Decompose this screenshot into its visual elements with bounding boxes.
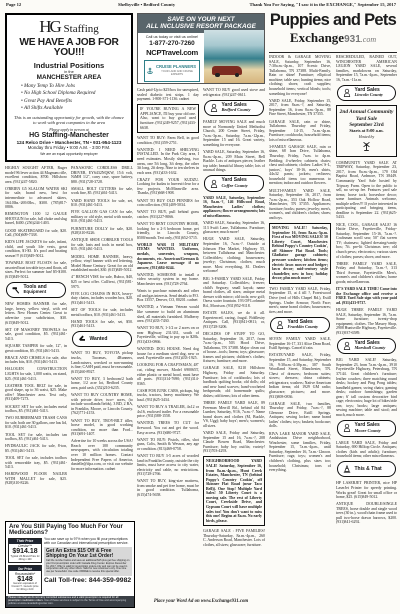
yard-sales-franklin-badge: Yard SalesFranklin County	[270, 317, 330, 333]
classified-ad: SMALL BOLT CUTTERS for sale, work fine, …	[71, 187, 133, 196]
section-masthead: Puppies and Pets Exchange931.com	[269, 12, 397, 53]
classified-ad: THREE FAMILY YARD SALE, Friday and Satur…	[336, 262, 397, 285]
classified-ad: Cash paid-Up to $25/box for unexpired, s…	[137, 88, 199, 102]
coupon-headline: Get An Extra $15 Off & Free Shipping On …	[46, 549, 130, 560]
classified-ad: GARAGE SALE, two families, Thursday and …	[269, 402, 331, 429]
their-price-box: Their Price Crestor™ $914.18 Typical US …	[8, 538, 42, 564]
exchange-brand-number: 931	[344, 34, 361, 45]
slogan-label: Thank You For Saying, "I saw it in the E…	[249, 2, 396, 7]
classified-ad: YARD SALE, Saturday, September 16, 8a.m.…	[203, 196, 265, 219]
classified-ad: SEVEN FAMILY YARD SALE, September 16-17,…	[269, 337, 331, 351]
classified-ad: 3-FAMILY GARAGE SALE, rain or shine, 68 …	[269, 145, 331, 186]
meds-headline: Are You Still Paying Too Much For Your M…	[6, 522, 134, 538]
classified-column-1: HIGHLY SOUGHT AFTER, Ruger model 96 leve…	[5, 166, 67, 517]
classified-ad: BIG YARD SALE! Saturday, September 23, f…	[336, 358, 397, 417]
classified-ad: GARAGE SALE, rain or shine, Tullahoma. T…	[269, 120, 331, 143]
classified-ad: WANTED: DOG HOUSE. Need dog house for a …	[137, 347, 199, 361]
badge-title: Wanted	[90, 337, 108, 343]
classified-ad: ESTATE/YARD SALE, Friday, September 15, …	[269, 353, 331, 399]
exchange-brand-tld: .com	[361, 35, 376, 44]
classified-ad: SQUARE TAMPER for sale, 12", in great co…	[5, 344, 67, 353]
our-price-box: Our Price Rosuvastatin* $148 Generic equ…	[8, 565, 42, 593]
community-yard-sale-ad: 2nd Annual Community Yard SaleSeptember …	[336, 105, 397, 156]
classified-ad: COMMUNITY YARD SALE AT TRIPWAY, Saturday…	[336, 161, 397, 220]
classified-ad: LOOKING FOR A CRAFTSMAN, 48" cut, riding…	[137, 363, 199, 386]
classified-ad: HIGHLY SOUGHT AFTER, Ruger model 96 leve…	[5, 166, 67, 184]
anchor-icon	[146, 62, 154, 80]
classified-ad: MODEL HOME BANNER, heavy, yellow, vinyl …	[71, 255, 133, 273]
hg-bullet: • No High School Diploma Required	[21, 90, 126, 97]
classified-ad: FURNITURE DOLLY for sale, $20. (928)310-…	[71, 227, 133, 236]
classified-ad: TWO RUBBERMAID TRASH CANS for sale, both…	[5, 416, 67, 430]
yard-sale-icon	[209, 179, 219, 189]
classified-ad: SOCKET SET for sale, includes metal tool…	[5, 405, 67, 414]
classified-ad: WANTED, TREES TO CUT for firewood. You c…	[137, 421, 199, 435]
classified-ad: WANT TO BUY, 3 bedroom/2 bath home, 1/2 …	[71, 377, 133, 391]
classified-column-6: RESCHEDULED, RAINED OUT, WINCHESTER AMER…	[336, 55, 397, 611]
classified-ad: WANT TO BUY: Farm Bell, in good conditio…	[137, 136, 199, 145]
classified-ad: FAMILY MOVING SALE and much more at Norm…	[203, 120, 265, 147]
hg-company-name: HG Staffing-Manchester	[12, 132, 126, 139]
classified-ad: WANTED, SOMEONE to install a video secur…	[137, 273, 199, 287]
classified-ad: KID'S LIFE JACKETS for sale, infant, chi…	[5, 240, 67, 258]
badge-subtitle: Bedford County	[222, 108, 251, 113]
wanted-badge: Wanted	[72, 331, 132, 347]
classified-ad: Wants to purchase minerals and other oil…	[137, 289, 199, 303]
hg-bullet: • Great Pay And Benefits	[21, 98, 126, 105]
hg-area-line: MANCHESTER AREA	[12, 74, 126, 81]
classified-ad: WANT TO BUY 3-5 acres of wooded land in …	[137, 454, 199, 477]
classified-ad: NICE, COOL, GARAGE SALE! 16 Hattie Drive…	[336, 223, 397, 260]
classified-ad: HALOGEN CONSTRUCTION LIGHTS for sale, 1,…	[5, 367, 67, 381]
yard-sale-icon	[275, 320, 285, 330]
yard-sale-icon	[342, 88, 352, 98]
classified-ad: HP LASERJET PRINTER, nice HP LaserJet Pr…	[336, 481, 397, 499]
classified-ad: WANT TO RENT COUNTRY HOME, looking for a…	[137, 222, 199, 240]
yard-sale-icon	[342, 423, 352, 433]
travel-headline-line1: SAVE ON YOUR NEXT	[138, 16, 264, 23]
classified-ad: RESCHEDULED, RAINED OUT, WINCHESTER AMER…	[336, 55, 397, 82]
classified-ad: WANT TO BUY good used stove and refriger…	[203, 88, 265, 97]
badge-title: This & That	[355, 467, 382, 473]
badge-subtitle: Marshall County	[355, 346, 386, 351]
classified-ad: SET OF TOOLS for sale, includes metal to…	[71, 308, 133, 317]
classified-ad: WANT TO BUY, TOYOTA pickup trucks, Tacom…	[71, 351, 133, 374]
yard-sales-bedford-badge: Yard SalesBedford County	[204, 100, 264, 116]
their-price-sub: Typical US Brand Price for 40mg x 100	[9, 555, 41, 562]
region-label: Shelbyville • Bedford County	[118, 2, 175, 7]
cruise-planners-logo: CRUISE PLANNERS YOUR LAND AND CRUISE EXP…	[144, 60, 200, 82]
classified-ad: YARD HAND TOOLS for sale, set, $10. (931…	[71, 199, 133, 208]
this-and-that-badge: This & That	[337, 461, 396, 477]
classified-column-4: WANT TO BUY good used stove and refriger…	[203, 88, 265, 607]
our-price-sub: Generic equivalent of Crestor™. Generic …	[9, 583, 41, 593]
classified-ad: HARDWOOD FLOOR NAILER WITH MALLET for sa…	[5, 472, 67, 486]
meds-intro: You can save up to 97% when you fill you…	[44, 538, 132, 546]
classified-column-2: PANASONIC CORDLESS DRILL DRIVER, EY6432N…	[71, 166, 133, 517]
classified-column-3: Cash paid-Up to $25/box for unexpired, s…	[137, 88, 199, 595]
hg-bullet-list: • Many Temp To Hire Jobs • No High Schoo…	[21, 83, 126, 112]
classified-ad: BRACE AND CHISELS for sale, also include…	[5, 356, 67, 365]
classified-ad: WORLD WAR II MILITARY ITEMS WANTED. Unif…	[137, 243, 199, 270]
classified-ad: WANT TO BUY, king-size mattress, from sm…	[137, 479, 199, 497]
meds-disclaimer: Please note that we do not carry control…	[6, 596, 134, 607]
classified-ad: BIG 3-FAMILY YARD SALE, Friday and Satur…	[203, 277, 265, 309]
classified-ad: FIVE GALLON GAS CAN for sale, military o…	[71, 210, 133, 224]
classified-ad: TWO FAMILY YARD SALE, Friday, September …	[269, 287, 331, 314]
classified-ad: DECADES OF STUFF TO GO, Saturday, Septem…	[203, 332, 265, 364]
classified-ad: WANTED, a Vietnam Veteran would like som…	[137, 305, 199, 323]
page-number-label: Page 12	[6, 2, 21, 7]
classified-ad: WANTED: I NEED SHELVING INSTALLED. In th…	[137, 148, 199, 175]
meds-call-line: Call Toll-free: 844-359-9982	[44, 577, 132, 584]
classified-ad: RIVA LAKE MANOR YARD SALE, Andalusian Dr…	[269, 432, 331, 473]
yard-sales-lincoln-badge: Yard SalesLincoln County	[337, 85, 396, 101]
classified-ad: CRAZY FOR YOUR KUDZU. Looking for kudzu …	[137, 178, 199, 196]
newspaper-page: Page 12 Shelbyville • Bedford County Tha…	[0, 0, 400, 614]
classified-ad: HUGE THREE FAMILY YARD SALE, Saturday, S…	[336, 308, 397, 335]
hg-staffing-ad: HG Staffing WE HAVE A JOB FOR YOU!!! Ind…	[5, 13, 133, 162]
beach-photo	[204, 30, 264, 84]
meds-coupon: Get An Extra $15 Off & Free Shipping On …	[44, 547, 132, 575]
badge-subtitle: Equipment	[24, 290, 47, 295]
hand-icon	[77, 334, 87, 344]
coupon-fine-print: Call the number below and save an additi…	[46, 560, 130, 574]
word-ad-footer: Place your Word Ad on www.Exchange931.co…	[137, 599, 265, 604]
classified-ad: Advertise for 10 weeks across the USA! R…	[71, 439, 133, 471]
yard-sale-icon	[342, 341, 352, 351]
classified-ad: CASH FOR JUNK CARS, pickups, big trucks,…	[137, 389, 199, 403]
classified-ad: NEIGHBORHOOD YARD SALE! Saturday, Septem…	[203, 456, 265, 526]
classified-ad: NEW HOMES BANNER for sale, large, heavy,…	[5, 302, 67, 325]
community-sale-time: Starts at 8:00 a.m.	[339, 128, 394, 133]
classified-ad: TOOL SET for sale, includes tan toolbox,…	[5, 433, 67, 442]
hg-bullet: • All Shifts Available	[21, 105, 126, 112]
community-sale-title: 2nd Annual Community Yard Sale	[339, 109, 394, 121]
classified-ad: YARD SALE, Friday, September 15, 2017, f…	[269, 99, 331, 117]
classified-ad: YARD SALE, Saturday, September 16, 8a.m.…	[203, 150, 265, 173]
classified-ad: THREE FAMILY YARD SALE, 89 Freeman Merri…	[203, 401, 265, 428]
their-price-label: Their Price	[9, 539, 41, 544]
cruise-planners-tagline: YOUR LAND AND CRUISE EXPERTS	[156, 70, 198, 76]
hg-headline: WE HAVE A JOB FOR YOU!!!	[12, 38, 126, 59]
classified-ad: WANT TO BUY, pull behind grass catcher. …	[137, 210, 199, 219]
classified-ad: ANTIQUE SHOE COBBLER TOOLS for sale, las…	[71, 238, 133, 252]
yard-sales-marshall-badge: Yard SalesMarshall County	[337, 338, 396, 354]
classified-ad: IT'S YARD SALE TIME! Come into the Excha…	[336, 287, 397, 305]
classified-ad: MULTI-FAMILY YARD SALE, Saturday, Septem…	[269, 189, 331, 221]
classified-ad: WANT TO BUY, 1-1/2 or 2 acres on or near…	[137, 326, 199, 344]
classified-ad: WANT TO BUY COUNTRY HOME, with private d…	[71, 393, 133, 416]
hg-address: 124 Relco Drive • Manchester, TN • 931-9…	[12, 140, 126, 145]
section-title: Puppies and Pets	[269, 12, 397, 29]
classified-ad: 4" BENCH VISE for sale, Rubco, $40, $25 …	[71, 275, 133, 289]
hg-bullet: • Many Temp To Hire Jobs	[21, 83, 126, 90]
classified-ad: INDOOR & GARAGE MOVING SALE, Saturday, S…	[269, 55, 331, 96]
yard-sales-moore-badge: Yard SalesMoore County	[337, 420, 396, 436]
tools-equipment-badge: Tools andEquipment	[6, 282, 66, 298]
yard-sales-coffee-badge: Yard SalesCoffee County	[204, 175, 264, 191]
classified-ad: WANT TO BUY, TROY-BILT tiller, horse mod…	[71, 419, 133, 437]
classified-ad: HUGE YARD SALE, Saturday, September 16, …	[203, 237, 265, 274]
classified-ad: MOVING SALE!! Saturday, September 16, fr…	[269, 223, 331, 284]
classified-ad: IF YOU'RE BUYING A NEW APPLIANCE, I'll b…	[137, 104, 199, 133]
travel-website: NCPTravel.com	[141, 48, 203, 57]
community-sale-hosted-by: Hosted by	[339, 135, 394, 139]
travel-phone: 1-877-270-7260	[141, 40, 203, 47]
classified-ad: O'BRIEN G5 SLALOM WATER SKI for sale, br…	[5, 187, 67, 210]
exchange-brand: Exchange	[290, 30, 344, 45]
classified-ad: WANT TO BUY A TRAILER, 4x12 or 4x16, enc…	[137, 405, 199, 419]
yard-sale-icon	[209, 103, 219, 113]
badge-subtitle: Moore County	[355, 429, 381, 434]
running-header: Page 12 Shelbyville • Bedford County Tha…	[0, 2, 400, 11]
ncp-travel-ad: SAVE ON YOUR NEXT ALL INCLUSIVE RESORT P…	[137, 13, 265, 84]
badge-subtitle: Lincoln County	[355, 93, 383, 98]
vintage-car-graphic	[212, 66, 242, 75]
classified-ad: REMINGTON 1100 12 GAUGE SHOTGUN for sale…	[5, 212, 67, 226]
classified-ad: HAND TOOLS for sale, set, $50. (931)461-…	[71, 320, 133, 329]
hammer-icon	[11, 285, 21, 295]
classified-ad: TOWABLE BOAT FLOATS for sale, assorted b…	[5, 261, 67, 279]
hg-apply-line: Please apply in person at	[12, 128, 126, 132]
classified-ad: WANT TO BUY: Pistols, rifles, shot guns,…	[137, 438, 199, 452]
classified-column-5: INDOOR & GARAGE MOVING SALE, Saturday, S…	[269, 55, 331, 606]
classified-ad: ANTIQUE DOUBLE/SINGLE TREES, horse doubl…	[336, 502, 397, 525]
hg-pitch-text: This is an outstanding opportunity for g…	[12, 115, 126, 126]
hg-logo-monogram: HG	[39, 17, 60, 36]
hg-eoe-line: We are an equal opportunity employer	[12, 152, 126, 156]
badge-subtitle: Coffee County	[222, 184, 248, 189]
classified-ad: ESTATE SALES, we do it all. Experienced,…	[203, 311, 265, 329]
classified-ad: GARAGE SALE : FIVE FAMILIES! Thursday-Sa…	[203, 529, 265, 547]
classified-ad: WANT TO BUY OLD PENNIES for coin collect…	[137, 199, 199, 208]
classified-ad: GOOD SKATEBOARD for sale, $20. Call, (50…	[5, 229, 67, 238]
classified-ad: YARD SALE, Friday and Saturday, Septembe…	[203, 431, 265, 454]
travel-call-line: Call us today or visit us online!	[141, 34, 203, 39]
our-price-label: Our Price	[9, 566, 41, 571]
classified-ad: GARAGE SALE, 8210 Hillsboro Highway, Fri…	[203, 366, 265, 398]
medications-ad: Are You Still Paying Too Much For Your M…	[5, 521, 135, 608]
windmill-icon	[339, 140, 394, 153]
hg-logo: HG Staffing	[12, 18, 126, 36]
classified-ad: YARD SALE, Saturday, September 16, 113 S…	[203, 221, 265, 235]
classified-ad: LARGE YARD SALE, Friday and Saturday, 69…	[336, 441, 397, 459]
cone-icon	[342, 464, 352, 474]
classified-ad: PANASONIC CORDLESS DRILL DRIVER, EY6432N…	[71, 166, 133, 184]
badge-subtitle: Franklin County	[288, 325, 319, 330]
hg-logo-staffing: Staffing	[64, 23, 99, 35]
classified-ad: LEATHER TOOL BELT for sale, in good shap…	[5, 384, 67, 402]
classified-ad: SET OF MASONRY TROWELS for sale, good co…	[5, 328, 67, 342]
classified-ad: TOOL SET for sale, includes toolbox with…	[5, 456, 67, 470]
classified-ad: FIVE LOG CHAINS IN BOX, heavy-duty chain…	[71, 292, 133, 306]
hg-hours: Monday thru Friday • 9:00 A.M. - 3:00 P.…	[12, 145, 126, 150]
classified-ad: HYDRAULIC JACK for sale, 8-ton, $5. (931…	[5, 444, 67, 453]
